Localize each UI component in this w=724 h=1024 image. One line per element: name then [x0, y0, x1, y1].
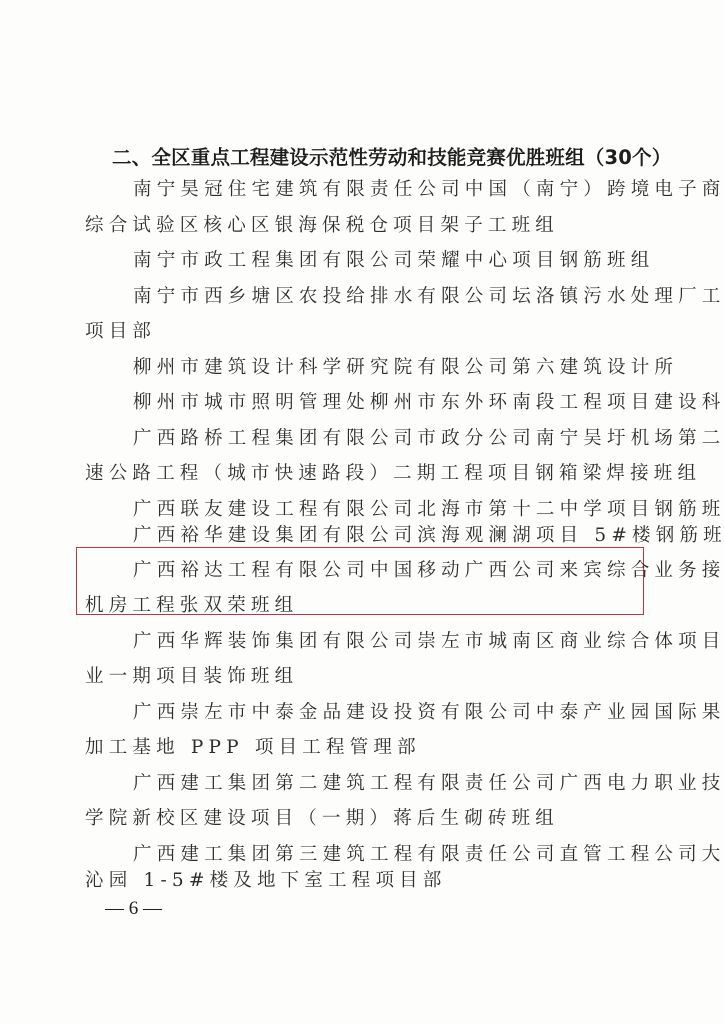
entry-13-line-1: 广西建工集团第三建筑工程有限责任公司直管工程公司大都 — [133, 840, 724, 866]
entry-5-line-1: 柳州市城市照明管理处柳州市东外环南段工程项目建设科 — [133, 388, 724, 414]
entry-2-line-1: 南宁市政工程集团有限公司荣耀中心项目钢筋班组 — [133, 246, 654, 272]
entry-10-line-2: 业一期项目装饰班组 — [85, 662, 298, 688]
entry-12-line-2: 学院新校区建设项目（一期）蒋后生砌砖班组 — [85, 804, 559, 830]
entry-4-line-1: 柳州市建筑设计科学研究院有限公司第六建筑设计所 — [133, 353, 678, 379]
section-heading: 二、全区重点工程建设示范性劳动和技能竞赛优胜班组（30个） — [112, 142, 671, 170]
entry-11-line-2: 加工基地 PPP 项目工程管理部 — [85, 733, 421, 759]
entry-11-line-1: 广西崇左市中泰金品建设投资有限公司中泰产业园国际果品 — [133, 698, 724, 724]
page-number: — 6 — — [105, 898, 162, 920]
document-page: 二、全区重点工程建设示范性劳动和技能竞赛优胜班组（30个） 南宁昊冠住宅建筑有限… — [0, 0, 724, 1024]
entry-12-line-1: 广西建工集团第二建筑工程有限责任公司广西电力职业技术 — [133, 769, 724, 795]
entry-6-line-2: 速公路工程（城市快速路段）二期工程项目钢箱梁焊接班组 — [85, 459, 701, 485]
entry-1-line-1: 南宁昊冠住宅建筑有限责任公司中国（南宁）跨境电子商务 — [133, 175, 724, 201]
entry-7-line-1: 广西联友建设工程有限公司北海市第十二中学项目钢筋班组 — [133, 495, 724, 521]
entry-10-line-1: 广西华辉装饰集团有限公司崇左市城南区商业综合体项目商 — [133, 627, 724, 653]
entry-9-line-2: 机房工程张双荣班组 — [85, 591, 298, 617]
entry-1-line-2: 综合试验区核心区银海保税仓项目架子工班组 — [85, 211, 559, 237]
entry-3-line-2: 项目部 — [85, 317, 156, 343]
entry-8-line-1: 广西裕华建设集团有限公司滨海观澜湖项目 5#楼钢筋班组 — [133, 521, 724, 547]
entry-9-line-1: 广西裕达工程有限公司中国移动广西公司来宾综合业务接入 — [133, 556, 724, 582]
entry-6-line-1: 广西路桥工程集团有限公司市政分公司南宁吴圩机场第二高 — [133, 424, 724, 450]
entry-13-line-2: 沁园 1-5#楼及地下室工程项目部 — [85, 866, 447, 892]
entry-3-line-1: 南宁市西乡塘区农投给排水有限公司坛洛镇污水处理厂工程 — [133, 282, 724, 308]
